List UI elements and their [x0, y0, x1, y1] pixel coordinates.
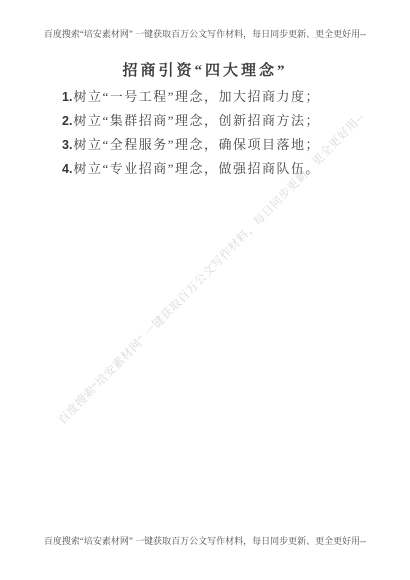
list-item: 4. 树立“专业招商”理念，做强招商队伍。	[62, 162, 380, 176]
list-item-text: 树立“全程服务”理念，确保项目落地；	[73, 138, 320, 151]
list-item-number: 1.	[62, 91, 72, 104]
list-item-text: 树立“集群招商”理念，创新招商方法；	[73, 114, 320, 127]
list-item-text: 树立“一号工程”理念，加大招商力度；	[73, 90, 320, 103]
list-item: 1. 树立“一号工程”理念，加大招商力度；	[62, 90, 380, 104]
numbered-list: 1. 树立“一号工程”理念，加大招商力度； 2. 树立“集群招商”理念，创新招商…	[62, 90, 380, 186]
list-item: 3. 树立“全程服务”理念，确保项目落地；	[62, 138, 380, 152]
list-item-number: 3.	[62, 139, 72, 152]
list-item-number: 4.	[62, 163, 72, 176]
list-item-number: 2.	[62, 115, 72, 128]
document-page: 百度搜索“培安素材网” 一键获取百万公文写作材料，每日同步更新、更全更好用-- …	[0, 0, 410, 580]
page-header-text: 百度搜索“培安素材网” 一键获取百万公文写作材料，每日同步更新、更全更好用--	[0, 27, 410, 40]
list-item: 2. 树立“集群招商”理念，创新招商方法；	[62, 114, 380, 128]
document-title: 招商引资“四大理念”	[0, 59, 410, 80]
list-item-text: 树立“专业招商”理念，做强招商队伍。	[73, 162, 320, 175]
page-footer-text: 百度搜索“培安素材网” 一键获取百万公文写作材料，每日同步更新、更全更好用--	[0, 534, 410, 547]
